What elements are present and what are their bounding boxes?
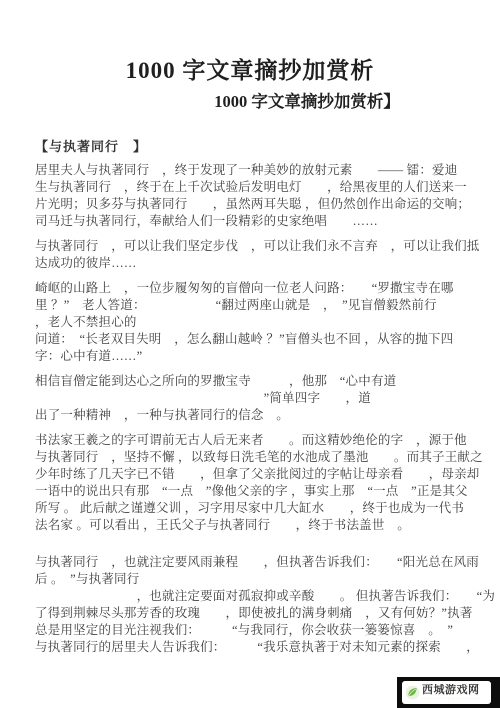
text-line: 与执著同行的居里夫人告诉我们： “我乐意执著于对未知元素的探索 ， — [35, 639, 465, 656]
watermark-site-name: 西城游戏网 — [422, 684, 481, 696]
text-line: ，老人不禁担心的 — [35, 314, 465, 331]
text-line: 后 。 ”与执著同行 — [35, 571, 465, 588]
page-subtitle: 1000 字文章摘抄加赏析】 — [57, 88, 500, 112]
text-line: 书法家王羲之的字可谓前无古人后无来者 。而这精妙绝伦的字 ，源于他 — [35, 432, 465, 449]
section-heading: 【与执著同行 】 — [35, 136, 465, 155]
paragraph: 居里夫人与执著同行 ，终于发现了一种美妙的放射元素 —— 镭：爱迪生与执著同行 … — [35, 162, 465, 230]
text-line: 生与执著同行 ，终于在上千次试验后发明电灯 ，给黑夜里的人们送来一 — [35, 179, 465, 196]
article-body: 【与执著同行 】 居里夫人与执著同行 ，终于发现了一种美妙的放射元素 —— 镭：… — [35, 136, 465, 656]
text-line: 出了一种精神 ，一种与执著同行的信念 。 — [35, 407, 465, 424]
text-line: 崎岖的山路上 ，一位步履匆匆的盲僧向一位老人问路： “罗撒宝寺在哪 — [35, 280, 465, 297]
document-page: 1000 字文章摘抄加赏析 1000 字文章摘抄加赏析】 【与执著同行 】 居里… — [0, 0, 500, 708]
text-line: 字：心中有道……” — [35, 348, 465, 365]
text-line: ，也就注定要面对孤寂抑或辛酸 。 但执著告诉我们： “为 — [35, 588, 465, 605]
text-line: ”简单四字 ，道 — [35, 390, 465, 407]
paragraph: 书法家王羲之的字可谓前无古人后无来者 。而这精妙绝伦的字 ，源于他与执著同行 ，… — [35, 432, 465, 534]
text-line: 与执著同行 ，也就注定要风雨兼程 ，但执著告诉我们： “阳光总在风雨 — [35, 554, 465, 571]
text-line: 总是用坚定的目光注视我们： “与我同行，你会收获一篓篓惊喜 。 ” — [35, 622, 465, 639]
text-line: 了得到荆棘尽头那芳香的玫瑰 ，即使被扎的满身刺痛 ，又有何妨？”执著 — [35, 605, 465, 622]
paragraph: 与执著同行 ，可以让我们坚定步伐 ，可以让我们永不言弃 ，可以让我们抵达成功的彼… — [35, 238, 465, 272]
text-line: 少年时练了几天字已不错 ，但拿了父亲批阅过的字帖让母亲看 ，母亲却 — [35, 466, 465, 483]
text-line: 与执著同行 ，坚持不懈 ，以致每日洗毛笔的水池成了墨池 。而其子王献之 — [35, 449, 465, 466]
text-line: 达成功的彼岸…… — [35, 255, 465, 272]
watermark-subtext: ····················· — [422, 696, 481, 701]
watermark-text-column: 西城游戏网 ····················· — [422, 684, 481, 701]
text-line: 司马迁与执著同行，奉献给人们一段精彩的史家绝唱 …… — [35, 213, 465, 230]
text-line: 居里夫人与执著同行 ，终于发现了一种美妙的放射元素 —— 镭：爱迪 — [35, 162, 465, 179]
paragraphs-container: 居里夫人与执著同行 ，终于发现了一种美妙的放射元素 —— 镭：爱迪生与执著同行 … — [35, 162, 465, 656]
text-line: 片光明；贝多芬与执著同行 ，虽然两耳失聪 ，但仍然创作出命运的交响； — [35, 196, 465, 213]
text-line: 问道： “长老双目失明 ，怎么翻山越岭 ？”盲僧头也不回 ，从容的抛下四 — [35, 331, 465, 348]
text-line: 里 ？” 老人答道： “翻过两座山就是 ， ”见盲僧毅然前行 — [35, 297, 465, 314]
paragraph: 崎岖的山路上 ，一位步履匆匆的盲僧向一位老人问路： “罗撒宝寺在哪里 ？” 老人… — [35, 280, 465, 365]
watermark-badge: 西城游戏网 ····················· — [397, 677, 500, 708]
text-line: 与执著同行 ，可以让我们坚定步伐 ，可以让我们永不言弃 ，可以让我们抵 — [35, 238, 465, 255]
text-line: 相信盲僧定能到达心之所向的罗撒宝寺 ，他那 “心中有道 — [35, 373, 465, 390]
text-line: 一语中的说出只有那 “一点 ”像他父亲的字 ，事实上那 “一点 ”正是其父 — [35, 483, 465, 500]
page-title: 1000 字文章摘抄加赏析 — [0, 0, 500, 85]
paragraph: 相信盲僧定能到达心之所向的罗撒宝寺 ，他那 “心中有道 ”简单四字 ，道出了一种… — [35, 373, 465, 424]
leaf-icon — [405, 685, 420, 700]
watermark-card: 西城游戏网 ····················· — [402, 681, 491, 704]
paragraph: 与执著同行 ，也就注定要风雨兼程 ，但执著告诉我们： “阳光总在风雨后 。 ”与… — [35, 554, 465, 656]
text-line: 所写 。 此后献之谨遵父训 ，习字用尽家中几大缸水 ，终于也成为一代书 — [35, 500, 465, 517]
text-line: 法名家 。可以看出 ，王氏父子与执著同行 ，终于书法盖世 。 — [35, 517, 465, 534]
